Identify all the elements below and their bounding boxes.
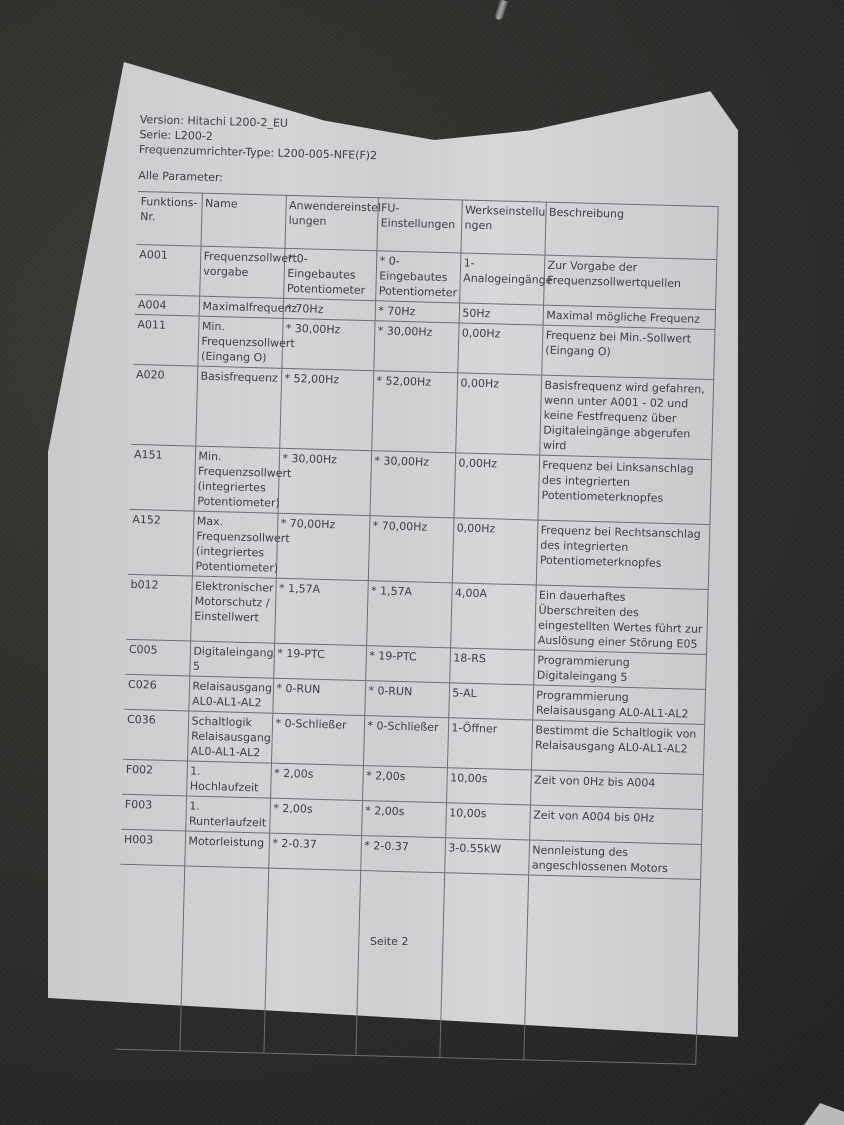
cell-nr: C026 bbox=[124, 674, 189, 711]
cell-beschreibung: Zeit von 0Hz bis A004 bbox=[530, 770, 703, 809]
cell-werk: 50Hz bbox=[459, 303, 543, 325]
cell-beschreibung: Zur Vorgabe der Frequenzsollwertquellen bbox=[543, 255, 716, 309]
cell-name: Min. Frequenzsollwert (Eingang O) bbox=[197, 316, 282, 368]
document-header: Version: Hitachi L200-2_EU Serie: L200-2… bbox=[138, 112, 720, 198]
cell-nr: A152 bbox=[128, 509, 194, 576]
empty-cell bbox=[263, 868, 360, 1055]
cell-anwender: * 2,00s bbox=[270, 763, 363, 800]
cell-anwender: * 0-Eingebautes Potentiometer bbox=[283, 248, 376, 300]
cell-name: 1. Hochlaufzeit bbox=[186, 761, 271, 798]
cell-beschreibung: Bestimmt die Schaltlogik von Relaisausga… bbox=[531, 720, 704, 774]
document-content: Version: Hitachi L200-2_EU Serie: L200-2… bbox=[115, 112, 719, 1065]
cell-beschreibung: Ein dauerhaftes Überschreiten des einges… bbox=[534, 585, 708, 654]
cell-nr: A020 bbox=[131, 364, 197, 446]
empty-cell bbox=[355, 871, 444, 1058]
cell-fu: * 70,00Hz bbox=[368, 516, 454, 583]
cell-name: Digitaleingang 5 bbox=[189, 641, 274, 678]
header-werkseinstellungen: Werkseinstellu ngen bbox=[460, 200, 545, 255]
cell-beschreibung: Frequenz bei Linksanschlag des integrier… bbox=[537, 455, 711, 524]
header-funktions-nr: Funktions-Nr. bbox=[137, 191, 202, 246]
cell-beschreibung: Frequenz bei Min.-Sollwert (Eingang O) bbox=[541, 325, 714, 379]
cell-anwender: * 1,57A bbox=[274, 578, 368, 645]
cell-nr: F003 bbox=[121, 794, 186, 831]
cell-anwender: * 70,00Hz bbox=[276, 513, 370, 580]
cell-fu: * 0-Schließer bbox=[363, 716, 448, 768]
cell-name: Maximalfrequenz bbox=[199, 296, 283, 318]
cell-werk: 10,00s bbox=[445, 803, 530, 840]
cell-name: Motorleistung bbox=[184, 831, 269, 868]
cell-nr: A011 bbox=[133, 314, 198, 366]
cell-werk: 10,00s bbox=[446, 768, 531, 805]
cell-name: 1. Runterlaufzeit bbox=[185, 796, 270, 833]
cell-nr: A001 bbox=[135, 244, 200, 296]
cell-anwender: * 30,00Hz bbox=[278, 448, 372, 515]
cell-anwender: * 2,00s bbox=[269, 798, 362, 835]
empty-cell bbox=[115, 864, 184, 1051]
cell-beschreibung: Basisfrequenz wird gefahren, wenn unter … bbox=[539, 375, 713, 459]
cell-fu: * 2,00s bbox=[361, 801, 446, 838]
cell-werk: 3-0.55kW bbox=[444, 838, 529, 875]
cell-fu: * 1,57A bbox=[366, 581, 452, 648]
cell-name: Min. Frequenzsollwert (integriertes Pote… bbox=[194, 446, 280, 513]
cell-nr: b012 bbox=[126, 574, 192, 641]
cell-beschreibung: Frequenz bei Rechtsanschlag des integrie… bbox=[536, 520, 710, 589]
cell-nr: C005 bbox=[125, 639, 190, 676]
cell-werk: 5-AL bbox=[448, 683, 533, 720]
cell-anwender: * 52,00Hz bbox=[279, 368, 373, 450]
cell-werk: 0,00Hz bbox=[455, 373, 541, 455]
cell-anwender: * 2-0.37 bbox=[268, 833, 361, 870]
cell-fu: * 19-PTC bbox=[365, 646, 450, 683]
parameter-table: Funktions-Nr. Name Anwendereinstel lunge… bbox=[115, 191, 718, 1065]
cell-beschreibung: Programmierung Relaisausgang AL0-AL1-AL2 bbox=[532, 685, 705, 724]
cell-nr: C036 bbox=[123, 709, 188, 761]
header-anwendereinstellungen: Anwendereinstel lungen bbox=[284, 195, 377, 250]
cell-nr: A004 bbox=[135, 294, 200, 316]
cell-fu: * 70Hz bbox=[375, 301, 459, 323]
header-beschreibung: Beschreibung bbox=[544, 202, 717, 259]
header-fu-einstellungen: FU-Einstellungen bbox=[376, 198, 461, 253]
cell-fu: * 52,00Hz bbox=[371, 371, 457, 453]
cell-name: Max. Frequenzsollwert (integriertes Pote… bbox=[192, 511, 278, 578]
cell-werk: 18-RS bbox=[449, 648, 534, 685]
cell-beschreibung: Zeit von A004 bis 0Hz bbox=[529, 805, 702, 844]
empty-cell bbox=[523, 875, 700, 1064]
empty-cell bbox=[439, 873, 528, 1060]
cell-beschreibung: Nennleistung des angeschlossenen Motors bbox=[528, 840, 701, 879]
header-name: Name bbox=[201, 193, 286, 248]
empty-table-row bbox=[115, 864, 700, 1064]
cell-werk: 4,00A bbox=[450, 583, 536, 650]
cell-fu: * 30,00Hz bbox=[370, 451, 456, 518]
cell-fu: * 2,00s bbox=[362, 766, 447, 803]
cell-werk: 1-Analogeingänge bbox=[459, 253, 544, 305]
cell-nr: A151 bbox=[130, 444, 196, 511]
cell-name: Basisfrequenz bbox=[195, 366, 281, 448]
cell-anwender: * 30,00Hz bbox=[281, 318, 374, 370]
cell-werk: 0,00Hz bbox=[457, 323, 542, 375]
cell-fu: * 30,00Hz bbox=[373, 321, 458, 373]
page-number: Seite 2 bbox=[370, 935, 408, 948]
empty-cell bbox=[179, 866, 268, 1053]
cell-name: Schaltlogik Relaisausgang AL0-AL1-AL2 bbox=[187, 711, 272, 763]
cell-fu: * 0-RUN bbox=[364, 681, 449, 718]
cell-anwender: * 70Hz bbox=[283, 298, 375, 320]
cell-anwender: * 19-PTC bbox=[273, 643, 366, 680]
cell-name: Relaisausgang AL0-AL1-AL2 bbox=[188, 676, 273, 713]
cell-fu: * 0-Eingebautes Potentiometer bbox=[375, 251, 460, 303]
cell-nr: F002 bbox=[122, 759, 187, 796]
table-row: A020Basisfrequenz* 52,00Hz* 52,00Hz0,00H… bbox=[131, 364, 713, 459]
cell-anwender: * 0-Schließer bbox=[271, 713, 364, 765]
cell-werk: 0,00Hz bbox=[452, 518, 538, 585]
cell-nr: H003 bbox=[120, 829, 185, 866]
cell-name: Elektronischer Motorschutz / Einstellwer… bbox=[190, 576, 276, 643]
cell-beschreibung: Programmierung Digitaleingang 5 bbox=[533, 650, 706, 689]
cell-werk: 1-Öffner bbox=[447, 718, 532, 770]
cell-anwender: * 0-RUN bbox=[272, 678, 365, 715]
cell-fu: * 2-0.37 bbox=[360, 836, 445, 873]
cell-name: Frequenzsollwert vorgabe bbox=[199, 246, 284, 298]
cell-werk: 0,00Hz bbox=[453, 453, 539, 520]
